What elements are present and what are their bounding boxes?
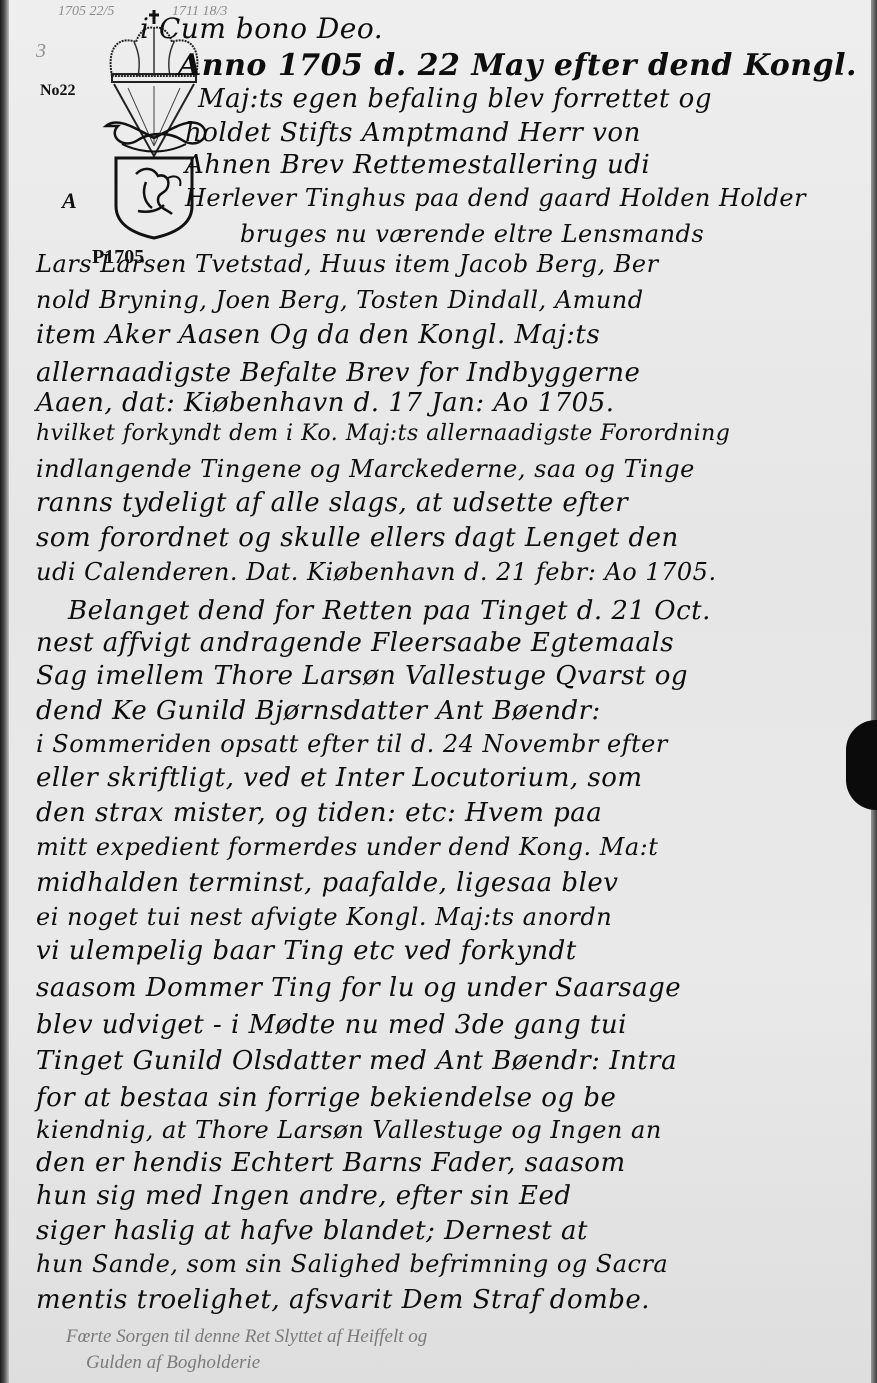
- text-line: i Cum bono Deo.: [140, 12, 383, 45]
- text-line: saasom Dommer Ting for lu og under Saars…: [36, 973, 681, 1003]
- text-line: Herlever Tinghus paa dend gaard Holden H…: [185, 184, 806, 212]
- document-page: 1705 22/5 1711 18/3 3 No22 A P1705 i Cum…: [0, 0, 877, 1383]
- text-line: indlangende Tingene og Marckederne, saa …: [36, 455, 695, 483]
- page-right-edge: [871, 0, 877, 1383]
- text-line: kiendnig, at Thore Larsøn Vallestuge og …: [36, 1116, 662, 1144]
- text-line: item Aker Aasen Og da den Kongl. Maj:ts: [36, 320, 600, 350]
- text-line: hun sig med Ingen andre, efter sin Eed: [36, 1181, 572, 1211]
- margin-mark-a: A: [62, 188, 77, 214]
- text-line: vi ulempelig baar Ting etc ved forkyndt: [36, 936, 577, 966]
- text-line: blev udviget - i Mødte nu med 3de gang t…: [36, 1010, 627, 1040]
- margin-number: 3: [36, 40, 46, 63]
- text-line: holdet Stifts Amptmand Herr von: [185, 118, 641, 148]
- page-binding-edge: [0, 0, 9, 1383]
- ink-blot: [846, 720, 877, 810]
- text-line: ei noget tui nest afvigte Kongl. Maj:ts …: [36, 903, 612, 931]
- text-line: Anno 1705 d. 22 May efter dend Kongl.: [178, 48, 857, 83]
- text-line: som forordnet og skulle ellers dagt Leng…: [36, 523, 679, 553]
- text-line: hun Sande, som sin Salighed befrimning o…: [36, 1250, 668, 1278]
- text-line: ranns tydeligt af alle slags, at udsette…: [36, 488, 628, 518]
- text-line: Lars Larsen Tvetstad, Huus item Jacob Be…: [36, 250, 659, 278]
- text-line: mentis troelighet, afsvarit Dem Straf do…: [36, 1285, 650, 1315]
- text-line: allernaadigste Befalte Brev for Indbygge…: [36, 358, 640, 388]
- text-line: Ahnen Brev Rettemestallering udi: [185, 150, 650, 180]
- text-line: Maj:ts egen befaling blev forrettet og: [198, 84, 712, 114]
- text-line: eller skriftligt, ved et Inter Locutoriu…: [36, 763, 643, 793]
- text-line: udi Calenderen. Dat. Kiøbenhavn d. 21 fe…: [36, 558, 717, 586]
- text-line: Belanget dend for Retten paa Tinget d. 2…: [68, 596, 711, 626]
- text-line: den er hendis Echtert Barns Fader, saaso…: [36, 1148, 626, 1178]
- text-line: midhalden terminst, paafalde, ligesaa bl…: [36, 868, 618, 898]
- text-line: Sag imellem Thore Larsøn Vallestuge Qvar…: [36, 661, 688, 691]
- text-line: nold Bryning, Joen Berg, Tosten Dindall,…: [36, 286, 644, 314]
- text-line: i Sommeriden opsatt efter til d. 24 Nove…: [36, 730, 668, 758]
- text-line: den strax mister, og tiden: etc: Hvem pa…: [36, 798, 602, 828]
- text-line: Tinget Gunild Olsdatter med Ant Bøendr: …: [36, 1046, 677, 1076]
- text-line: Aaen, dat: Kiøbenhavn d. 17 Jan: Ao 1705…: [36, 388, 615, 418]
- text-line: mitt expedient formerdes under dend Kong…: [36, 833, 658, 861]
- stamp-number: No22: [40, 82, 76, 100]
- text-line: hvilket forkyndt dem i Ko. Maj:ts allern…: [36, 421, 730, 446]
- text-line: bruges nu værende eltre Lensmands: [240, 220, 704, 248]
- text-line: for at bestaa sin forrige bekiendelse og…: [36, 1083, 616, 1113]
- text-line: siger haslig at hafve blandet; Dernest a…: [36, 1216, 588, 1246]
- bottom-pencil-note-line-1: Fœrte Sorgen til denne Ret Slyttet af He…: [66, 1326, 427, 1348]
- bottom-pencil-note-line-2: Gulden af Bogholderie: [86, 1352, 260, 1374]
- text-line: nest affvigt andragende Fleersaabe Egtem…: [36, 628, 674, 658]
- text-line: dend Ke Gunild Bjørnsdatter Ant Bøendr:: [36, 696, 601, 726]
